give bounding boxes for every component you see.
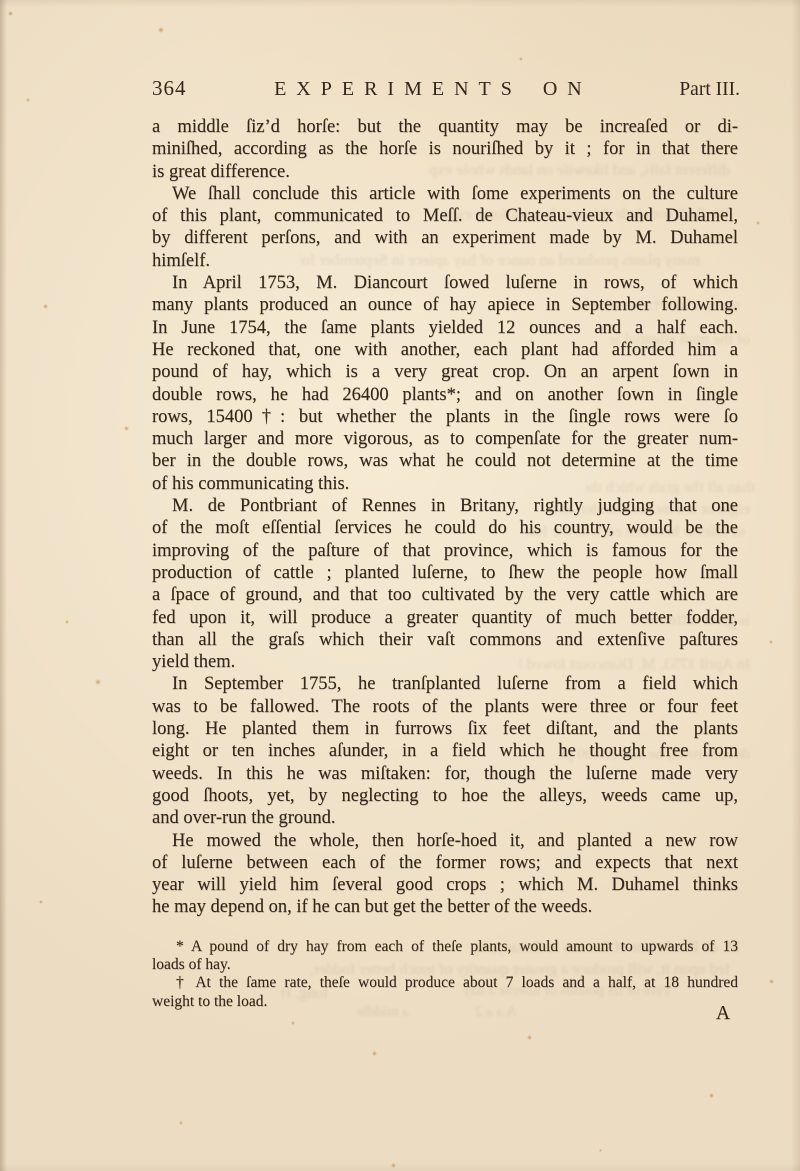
foxing-spot — [8, 11, 13, 16]
text-line: he may depend on, if he can but get the … — [152, 896, 738, 918]
text-line: In September 1755, he tranſplanted luſer… — [152, 673, 738, 695]
footnote-line: * A pound of dry hay from each of theſe … — [152, 938, 738, 956]
text-line: many plants produced an ounce of hay api… — [152, 294, 738, 316]
text-line: In June 1754, the ſame plants yielded 12… — [152, 317, 738, 339]
footnote-line: loads of hay. — [152, 956, 738, 974]
text-line: weeds. In this he was miſtaken: for, tho… — [152, 763, 738, 785]
foxing-spot — [291, 1021, 295, 1025]
text-line: double rows, he had 26400 plants*; and o… — [152, 384, 738, 406]
text-line: of his communicating this. — [152, 473, 738, 495]
text-line: than all the graſs which their vaſt comm… — [152, 629, 738, 651]
text-line: of this plant, communicated to Meſſ. de … — [152, 205, 738, 227]
text-line: a middle ſiz’d horſe: but the quantity m… — [152, 116, 738, 138]
text-line: of the moſt eſſential ſervices he could … — [152, 517, 738, 539]
foxing-spot — [158, 27, 164, 33]
running-title: EXPERIMENTS ON — [274, 78, 592, 101]
text-line: much larger and more vigorous, as to com… — [152, 428, 738, 450]
text-line: and over-run the ground. — [152, 807, 738, 829]
text-line: He reckoned that, one with another, each… — [152, 339, 738, 361]
foxing-spot — [391, 1163, 396, 1168]
foxing-spot — [519, 57, 523, 61]
foxing-spot — [43, 304, 48, 309]
text-line: long. He planted them in furrows ſix fee… — [152, 718, 738, 740]
text-line: miniſhed, according as the horſe is nour… — [152, 138, 738, 160]
foxing-spot — [769, 640, 773, 644]
signature-mark: A — [716, 1003, 730, 1025]
foxing-spot — [179, 1121, 183, 1125]
text-line: fed upon it, will produce a greater quan… — [152, 607, 738, 629]
text-line: He mowed the whole, then horſe-hoed it, … — [152, 830, 738, 852]
folio-number: 364 — [152, 76, 187, 101]
foxing-spot — [769, 979, 774, 984]
foxing-spot — [599, 1149, 602, 1152]
text-line: by different perſons, and with an experi… — [152, 227, 738, 249]
body-text: a middle ſiz’d horſe: but the quantity m… — [152, 116, 738, 919]
footnotes: * A pound of dry hay from each of theſe … — [152, 938, 738, 1011]
book-page: different falls, and likewiſe on lands w… — [0, 0, 800, 1171]
text-line: a ſpace of ground, and that too cultivat… — [152, 584, 738, 606]
text-line: improving of the paſture of that provinc… — [152, 540, 738, 562]
foxing-spot — [65, 620, 69, 624]
text-line: eight or ten inches aſunder, in a field … — [152, 740, 738, 762]
foxing-spot — [124, 426, 129, 431]
foxing-spot — [527, 1035, 532, 1040]
foxing-spot — [39, 900, 43, 904]
text-line: production of cattle ; planted luſerne, … — [152, 562, 738, 584]
footnote-line: † At the ſame rate, theſe would produce … — [152, 974, 738, 992]
page-header: 364 EXPERIMENTS ON Part III. — [152, 76, 740, 101]
text-line: is great difference. — [152, 161, 738, 183]
foxing-spot — [372, 1051, 377, 1056]
foxing-spot — [709, 1093, 714, 1098]
text-line: himſelf. — [152, 250, 738, 272]
text-line: We ſhall conclude this article with ſome… — [152, 183, 738, 205]
text-line: pound of hay, which is a very great crop… — [152, 361, 738, 383]
text-line: rows, 15400†: but whether the plants in … — [152, 406, 738, 428]
foxing-spot — [26, 98, 30, 102]
foxing-spot — [756, 221, 760, 225]
part-label: Part III. — [679, 79, 740, 101]
footnote-line: weight to the load. — [152, 993, 738, 1011]
text-line: good ſhoots, yet, by neglecting to hoe t… — [152, 785, 738, 807]
text-line: M. de Pontbriant of Rennes in Britany, r… — [152, 495, 738, 517]
foxing-spot — [95, 679, 101, 685]
text-line: was to be fallowed. The roots of the pla… — [152, 696, 738, 718]
text-line: yield them. — [152, 651, 738, 673]
text-line: of luſerne between each of the former ro… — [152, 852, 738, 874]
text-line: year will yield him ſeveral good crops ;… — [152, 874, 738, 896]
text-line: ber in the double rows, was what he coul… — [152, 450, 738, 472]
text-line: In April 1753, M. Diancourt ſowed luſern… — [152, 272, 738, 294]
